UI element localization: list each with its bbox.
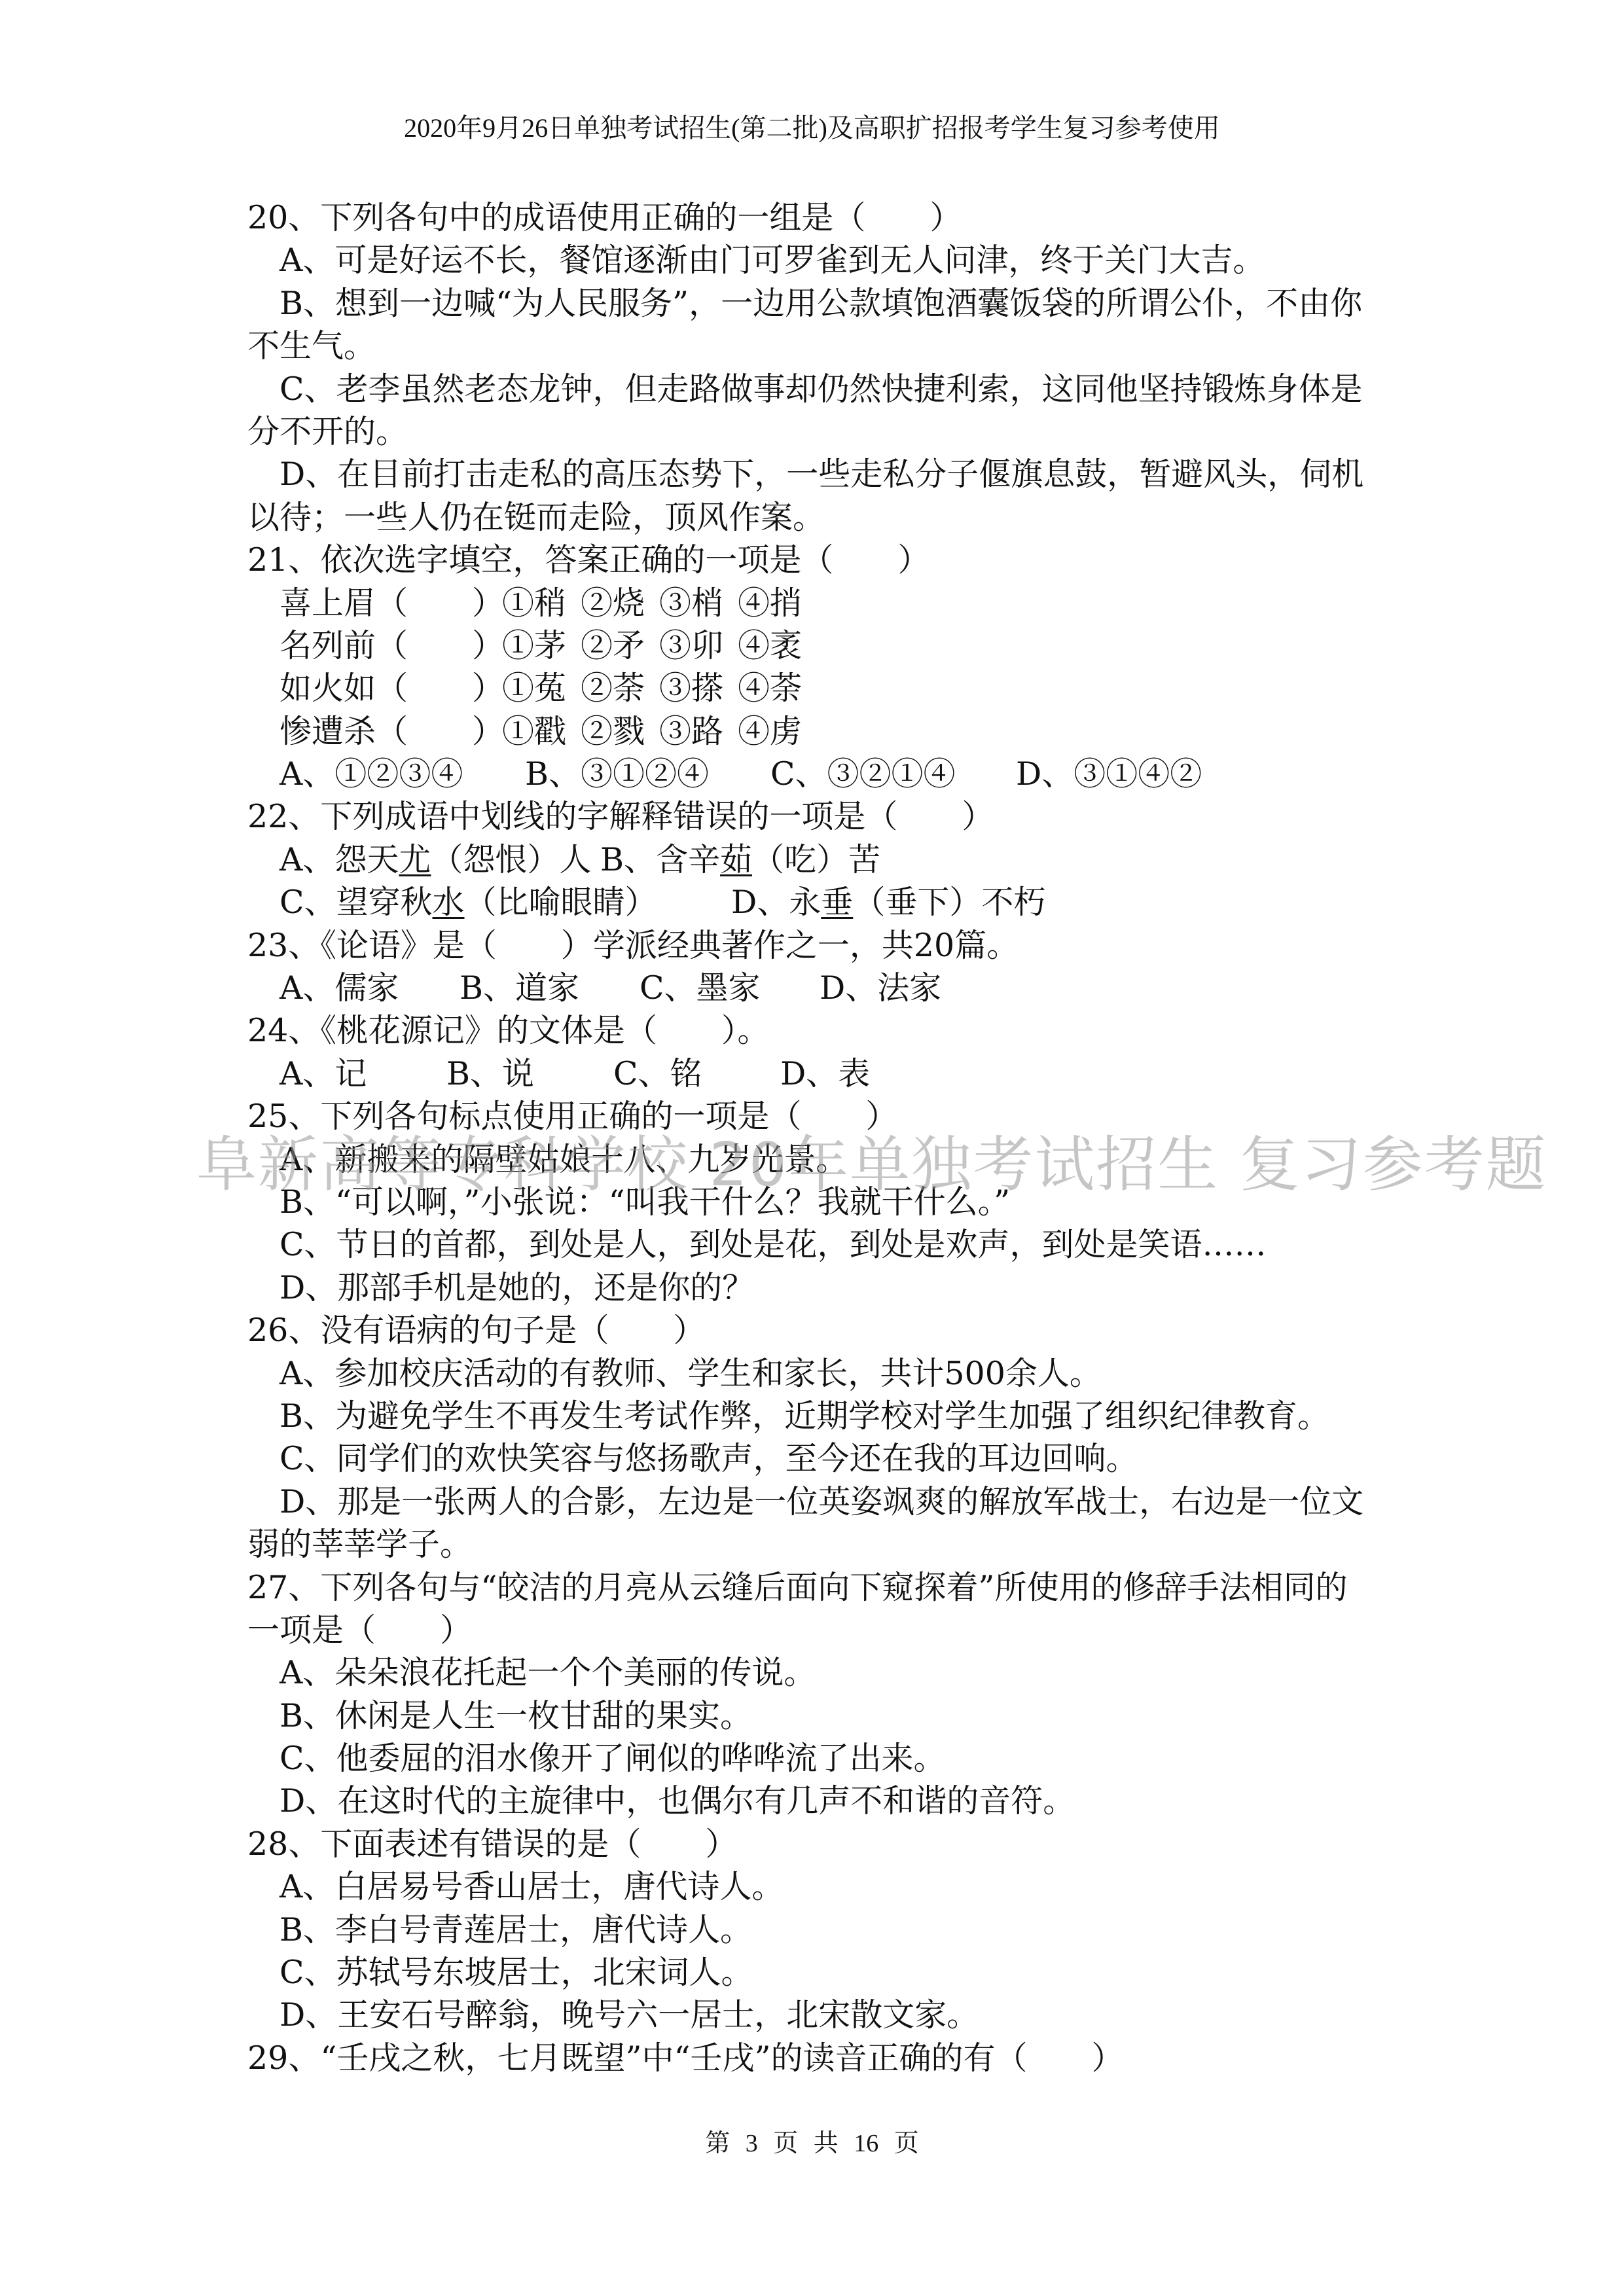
question-stem: 27、下列各句与“皎洁的月亮从云缝后面向下窥探着”所使用的修辞手法相同的 [247, 1566, 1383, 1609]
question-22: 22、下列成语中划线的字解释错误的一项是（ ） A、怨天尤（怨恨）人B、含辛茹（… [247, 795, 1383, 924]
option-b: B、道家 [460, 967, 640, 1009]
option-c: C、望穿秋水（比喻眼睛） [280, 881, 731, 924]
option-c: C、老李虽然老态龙钟，但走路做事却仍然快捷利索，这同他坚持锻炼身体是 [247, 368, 1383, 410]
question-27: 27、下列各句与“皎洁的月亮从云缝后面向下窥探着”所使用的修辞手法相同的 一项是… [247, 1566, 1383, 1823]
option-b: B、为避免学生不再发生考试作弊，近期学校对学生加强了组织纪律教育。 [247, 1395, 1383, 1437]
underlined-char: 茹 [720, 841, 752, 878]
option-c: C、铭 [613, 1052, 780, 1095]
answer-options: A、①②③④B、③①②④C、③②①④D、③①④② [247, 753, 1383, 795]
option-d-continued: 弱的莘莘学子。 [247, 1523, 1383, 1566]
question-stem: 20、下列各句中的成语使用正确的一组是（ ） [247, 196, 1383, 239]
fill-choice: ③路 [659, 710, 738, 753]
page-header: 2020年9月26日单独考试招生(第二批)及高职扩招报考学生复习参考使用 [0, 110, 1624, 147]
question-23: 23、《论语》是（ ）学派经典著作之一，共20篇。 A、儒家B、道家C、墨家D、… [247, 924, 1383, 1010]
option-c: C、同学们的欢快笑容与悠扬歌声，至今还在我的耳边回响。 [247, 1437, 1383, 1480]
fill-row-4: 惨遭杀（ ）①戳②戮③路④虏 [247, 710, 1383, 753]
exam-page: 2020年9月26日单独考试招生(第二批)及高职扩招报考学生复习参考使用 20、… [0, 0, 1624, 2296]
fill-choice: ①菟 [502, 667, 581, 709]
fill-choice: ②荼 [581, 667, 659, 709]
underlined-char: 水 [433, 884, 465, 921]
option-b: B、③①②④ [525, 753, 770, 795]
option-c: C、苏轼号东坡居士，北宋词人。 [247, 1951, 1383, 1994]
fill-choice: ①稍 [502, 582, 581, 624]
question-stem: 23、《论语》是（ ）学派经典著作之一，共20篇。 [247, 924, 1383, 967]
fill-phrase: 如火如（ ） [280, 667, 502, 709]
question-28: 28、下面表述有错误的是（ ） A、白居易号香山居士，唐代诗人。 B、李白号青莲… [247, 1823, 1383, 2037]
option-c-continued: 分不开的。 [247, 410, 1383, 453]
option-a: A、新搬来的隔壁姑娘十八、九岁光景。 [247, 1138, 1383, 1181]
options-row-1: A、怨天尤（怨恨）人B、含辛茹（吃）苦 [247, 838, 1383, 881]
option-d: D、在这时代的主旋律中，也偶尔有几声不和谐的音符。 [247, 1780, 1383, 1822]
fill-phrase: 喜上眉（ ） [280, 582, 502, 624]
answer-options: A、记B、说C、铭D、表 [247, 1052, 1383, 1095]
option-d: D、法家 [820, 967, 941, 1009]
question-29: 29、“壬戌之秋，七月既望”中“壬戌”的读音正确的有（ ） [247, 2037, 1383, 2079]
question-25: 25、下列各句标点使用正确的一项是（ ） A、新搬来的隔壁姑娘十八、九岁光景。 … [247, 1095, 1383, 1309]
question-stem: 25、下列各句标点使用正确的一项是（ ） [247, 1095, 1383, 1138]
question-stem: 21、依次选字填空，答案正确的一项是（ ） [247, 539, 1383, 581]
question-24: 24、《桃花源记》的文体是（ ）。 A、记B、说C、铭D、表 [247, 1009, 1383, 1095]
question-stem: 22、下列成语中划线的字解释错误的一项是（ ） [247, 795, 1383, 838]
option-text: A、怨天 [280, 841, 399, 878]
option-d: D、王安石号醉翁，晚号六一居士，北宋散文家。 [247, 1994, 1383, 2036]
question-stem: 24、《桃花源记》的文体是（ ）。 [247, 1009, 1383, 1052]
option-d: D、在目前打击走私的高压态势下，一些走私分子偃旗息鼓，暂避风头，伺机 [247, 453, 1383, 495]
option-a: A、怨天尤（怨恨）人 [280, 838, 600, 881]
fill-choice: ②戮 [581, 710, 659, 753]
fill-choice: ③搽 [659, 667, 738, 709]
option-c: C、墨家 [640, 967, 820, 1009]
fill-choice: ③梢 [659, 582, 738, 624]
underlined-char: 尤 [399, 841, 431, 878]
question-stem: 29、“壬戌之秋，七月既望”中“壬戌”的读音正确的有（ ） [247, 2037, 1383, 2079]
question-20: 20、下列各句中的成语使用正确的一组是（ ） A、可是好运不长，餐馆逐渐由门可罗… [247, 196, 1383, 539]
option-d: D、永垂（垂下）不朽 [731, 881, 1045, 924]
question-list: 20、下列各句中的成语使用正确的一组是（ ） A、可是好运不长，餐馆逐渐由门可罗… [247, 196, 1383, 2079]
option-text: C、望穿秋 [280, 884, 433, 921]
option-text: （吃）苦 [752, 841, 880, 878]
fill-choice: ④虏 [738, 710, 802, 753]
option-text: （比喻眼睛） [465, 884, 657, 921]
option-c: C、他委屈的泪水像开了闸似的哗哗流了出来。 [247, 1737, 1383, 1780]
option-b: B、说 [446, 1052, 613, 1095]
underlined-char: 垂 [821, 884, 853, 921]
option-b: B、李白号青莲居士，唐代诗人。 [247, 1909, 1383, 1951]
fill-phrase: 惨遭杀（ ） [280, 710, 502, 753]
option-d: D、③①④② [1016, 753, 1202, 795]
option-c: C、③②①④ [770, 753, 1016, 795]
option-b-continued: 不生气。 [247, 325, 1383, 367]
option-a: A、儒家 [280, 967, 460, 1009]
question-26: 26、没有语病的句子是（ ） A、参加校庆活动的有教师、学生和家长，共计500余… [247, 1309, 1383, 1566]
fill-choice: ④荼 [738, 667, 802, 709]
option-b: B、含辛茹（吃）苦 [600, 838, 880, 881]
options-row-2: C、望穿秋水（比喻眼睛）D、永垂（垂下）不朽 [247, 881, 1383, 924]
fill-choice: ④袤 [738, 624, 802, 667]
fill-row-3: 如火如（ ）①菟②荼③搽④荼 [247, 667, 1383, 709]
question-stem: 28、下面表述有错误的是（ ） [247, 1823, 1383, 1865]
option-b: B、休闲是人生一枚甘甜的果实。 [247, 1695, 1383, 1737]
fill-choice: ②烧 [581, 582, 659, 624]
option-text: B、含辛 [600, 841, 720, 878]
option-d: D、表 [780, 1052, 870, 1095]
question-stem: 26、没有语病的句子是（ ） [247, 1309, 1383, 1352]
option-text: （垂下）不朽 [853, 884, 1045, 921]
fill-choice: ①戳 [502, 710, 581, 753]
option-a: A、参加校庆活动的有教师、学生和家长，共计500余人。 [247, 1352, 1383, 1395]
option-a: A、白居易号香山居士，唐代诗人。 [247, 1865, 1383, 1908]
fill-row-1: 喜上眉（ ）①稍②烧③梢④捎 [247, 582, 1383, 624]
fill-choice: ①茅 [502, 624, 581, 667]
fill-choice: ③卯 [659, 624, 738, 667]
option-a: A、可是好运不长，餐馆逐渐由门可罗雀到无人问津，终于关门大吉。 [247, 239, 1383, 281]
fill-choice: ②矛 [581, 624, 659, 667]
option-text: D、永 [731, 884, 821, 921]
fill-choice: ④捎 [738, 582, 802, 624]
option-a: A、①②③④ [280, 753, 525, 795]
option-b: B、“可以啊，”小张说：“叫我干什么？我就干什么。” [247, 1181, 1383, 1223]
option-text: （怨恨）人 [431, 841, 591, 878]
question-21: 21、依次选字填空，答案正确的一项是（ ） 喜上眉（ ）①稍②烧③梢④捎 名列前… [247, 539, 1383, 795]
question-stem-continued: 一项是（ ） [247, 1609, 1383, 1651]
fill-phrase: 名列前（ ） [280, 624, 502, 667]
option-d-continued: 以待；一些人仍在铤而走险，顶风作案。 [247, 496, 1383, 539]
page-footer: 第 3 页 共 16 页 [0, 2127, 1624, 2160]
fill-row-2: 名列前（ ）①茅②矛③卯④袤 [247, 624, 1383, 667]
option-d: D、那是一张两人的合影，左边是一位英姿飒爽的解放军战士，右边是一位文 [247, 1480, 1383, 1523]
option-a: A、记 [280, 1052, 446, 1095]
option-b: B、想到一边喊“为人民服务”，一边用公款填饱酒囊饭袋的所谓公仆，不由你 [247, 282, 1383, 325]
answer-options: A、儒家B、道家C、墨家D、法家 [247, 967, 1383, 1009]
option-a: A、朵朵浪花托起一个个美丽的传说。 [247, 1651, 1383, 1694]
option-d: D、那部手机是她的，还是你的？ [247, 1266, 1383, 1309]
option-c: C、节日的首都，到处是人，到处是花，到处是欢声，到处是笑语…… [247, 1223, 1383, 1266]
